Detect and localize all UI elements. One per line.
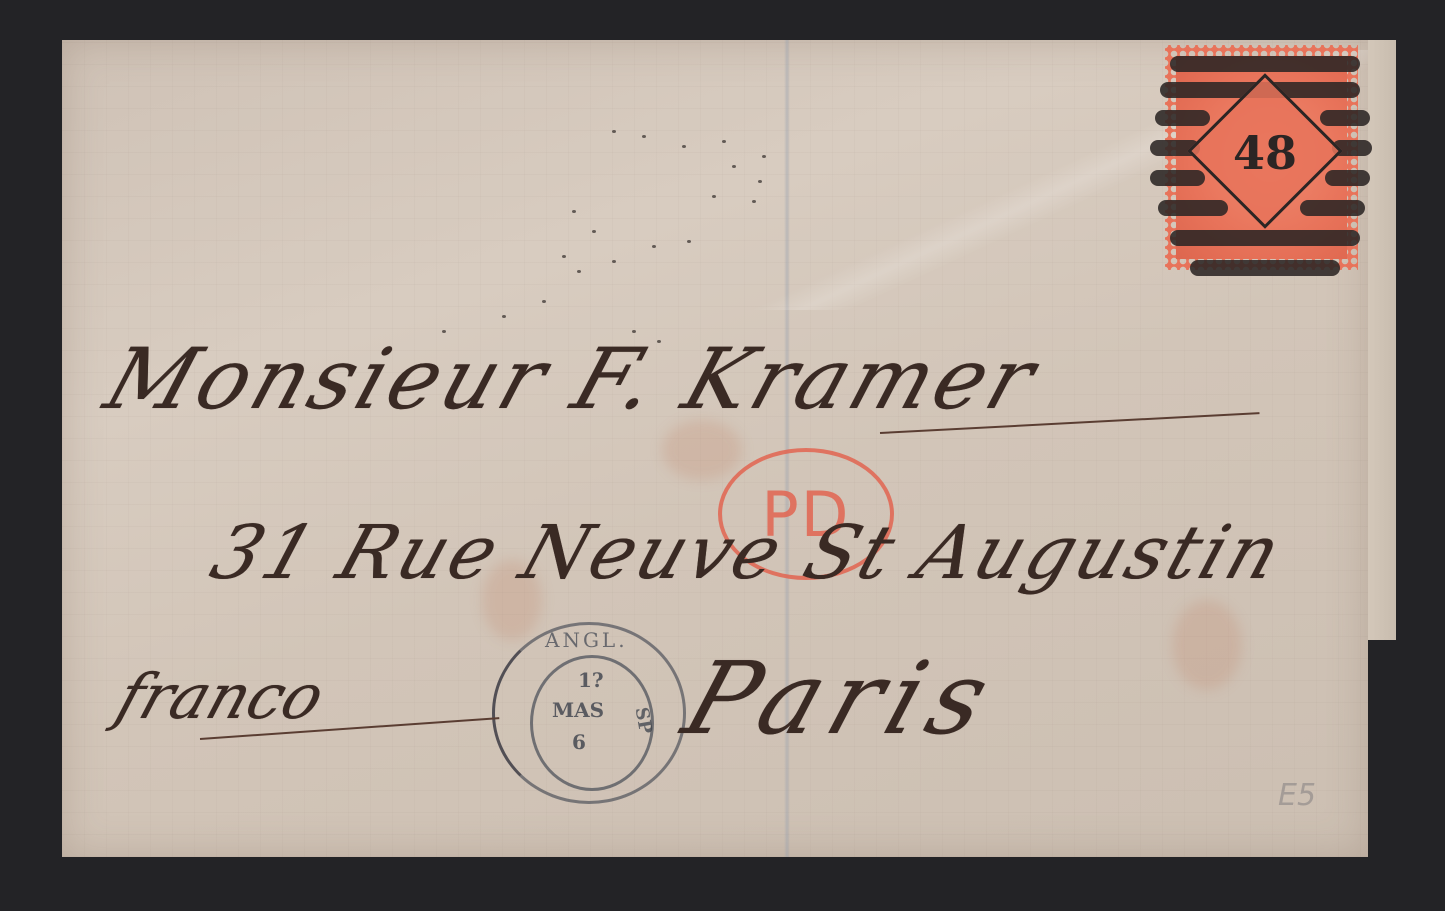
cds-month: MAS [552,698,604,722]
cds-side-text: SP [631,706,656,736]
foxing-stain [662,420,742,480]
address-city: Paris [671,640,1013,757]
cds-outer-text: ANGL. [545,628,628,652]
pencil-note: E5 [1278,778,1316,813]
cancel-number: 48 [1150,126,1380,180]
offset-ink-marks [482,100,802,360]
address-line-street: 31 Rue Neuve St Augustin [201,510,1294,596]
foxing-stain [1172,600,1242,690]
cds-day: 1? [578,668,604,692]
numeral-cancel: 48 [1150,48,1380,293]
address-franco-note: franco [108,660,333,733]
cds-year: 6 [572,730,586,754]
address-line-recipient: Monsieur F. Kramer [94,330,1050,428]
